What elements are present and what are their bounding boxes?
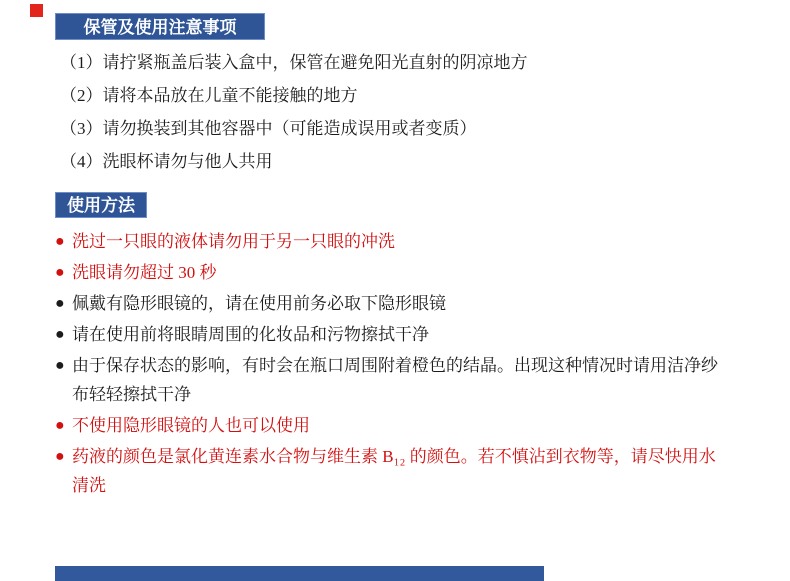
usage-item: ● 由于保存状态的影响，有时会在瓶口周围附着橙色的结晶。出现这种情况时请用洁净纱…	[55, 351, 735, 409]
section-title-usage: 使用方法	[55, 192, 147, 218]
storage-item: （2）请将本品放在儿童不能接触的地方	[55, 79, 735, 112]
usage-list: ● 洗过一只眼的液体请勿用于另一只眼的冲洗 ● 洗眼请勿超过 30 秒 ● 佩戴…	[55, 227, 735, 500]
bullet-icon: ●	[55, 351, 72, 380]
usage-item-text: 不使用隐形眼镜的人也可以使用	[72, 411, 735, 440]
red-marker-square	[30, 4, 43, 17]
usage-item: ● 洗眼请勿超过 30 秒	[55, 258, 735, 287]
storage-item: （4）洗眼杯请勿与他人共用	[55, 145, 735, 178]
usage-item: ● 不使用隐形眼镜的人也可以使用	[55, 411, 735, 440]
bullet-icon: ●	[55, 411, 72, 440]
bullet-icon: ●	[55, 289, 72, 318]
storage-list: （1）请拧紧瓶盖后装入盒中，保管在避免阳光直射的阴凉地方 （2）请将本品放在儿童…	[55, 46, 735, 178]
bullet-icon: ●	[55, 227, 72, 256]
usage-item-text: 佩戴有隐形眼镜的，请在使用前务必取下隐形眼镜	[72, 289, 735, 318]
usage-item-text: 药液的颜色是氯化黄连素水合物与维生素 B₁₂ 的颜色。若不慎沾到衣物等，请尽快用…	[72, 442, 735, 500]
usage-item-text: 请在使用前将眼睛周围的化妆品和污物擦拭干净	[72, 320, 735, 349]
usage-item-text: 洗眼请勿超过 30 秒	[72, 258, 735, 287]
usage-item-text: 洗过一只眼的液体请勿用于另一只眼的冲洗	[72, 227, 735, 256]
usage-item: ● 洗过一只眼的液体请勿用于另一只眼的冲洗	[55, 227, 735, 256]
storage-item: （1）请拧紧瓶盖后装入盒中，保管在避免阳光直射的阴凉地方	[55, 46, 735, 79]
storage-item: （3）请勿换装到其他容器中（可能造成误用或者变质）	[55, 112, 735, 145]
usage-item-text: 由于保存状态的影响，有时会在瓶口周围附着橙色的结晶。出现这种情况时请用洁净纱 布…	[72, 351, 735, 409]
document-content: 保管及使用注意事项 （1）请拧紧瓶盖后装入盒中，保管在避免阳光直射的阴凉地方 （…	[55, 13, 735, 502]
bullet-icon: ●	[55, 442, 72, 471]
usage-item: ● 药液的颜色是氯化黄连素水合物与维生素 B₁₂ 的颜色。若不慎沾到衣物等，请尽…	[55, 442, 735, 500]
usage-item: ● 请在使用前将眼睛周围的化妆品和污物擦拭干净	[55, 320, 735, 349]
bullet-icon: ●	[55, 320, 72, 349]
bottom-bar	[55, 566, 544, 581]
section-title-storage: 保管及使用注意事项	[55, 13, 265, 40]
document-page: { "marker": { "color": "#e2251d" }, "sto…	[0, 0, 790, 581]
bullet-icon: ●	[55, 258, 72, 287]
usage-item: ● 佩戴有隐形眼镜的，请在使用前务必取下隐形眼镜	[55, 289, 735, 318]
